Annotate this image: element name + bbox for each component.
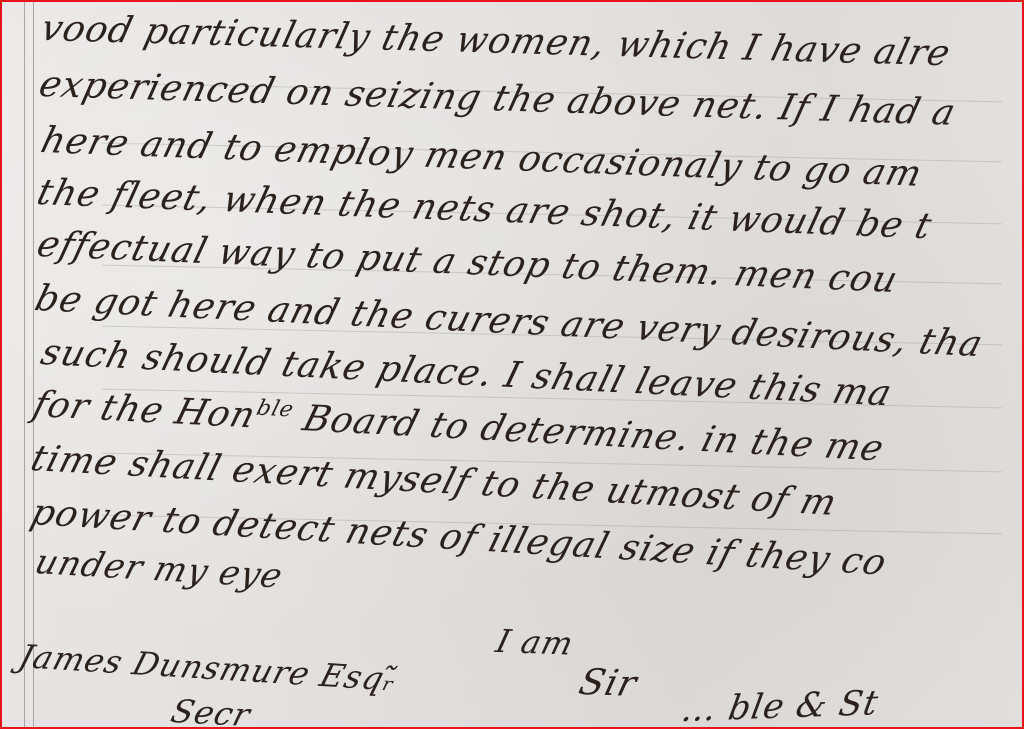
manuscript-line-11: under my eye (31, 542, 288, 596)
manuscript-line-2: experienced on seizing the above net. If… (35, 64, 960, 133)
closing-sir: Sir (575, 662, 641, 705)
margin-rule-inner (33, 2, 34, 727)
manuscript-line-1: vood particularly the women, which I hav… (37, 8, 955, 74)
partial-signature: … ble & St (678, 683, 881, 729)
closing-i-am: I am (492, 622, 578, 662)
addressee-title: Secr (167, 692, 255, 729)
manuscript-photo: vood particularly the women, which I hav… (0, 0, 1024, 729)
margin-rule-outer (24, 2, 25, 727)
addressee-name: James Dunsmure Esqᵣ̃ (15, 637, 402, 698)
